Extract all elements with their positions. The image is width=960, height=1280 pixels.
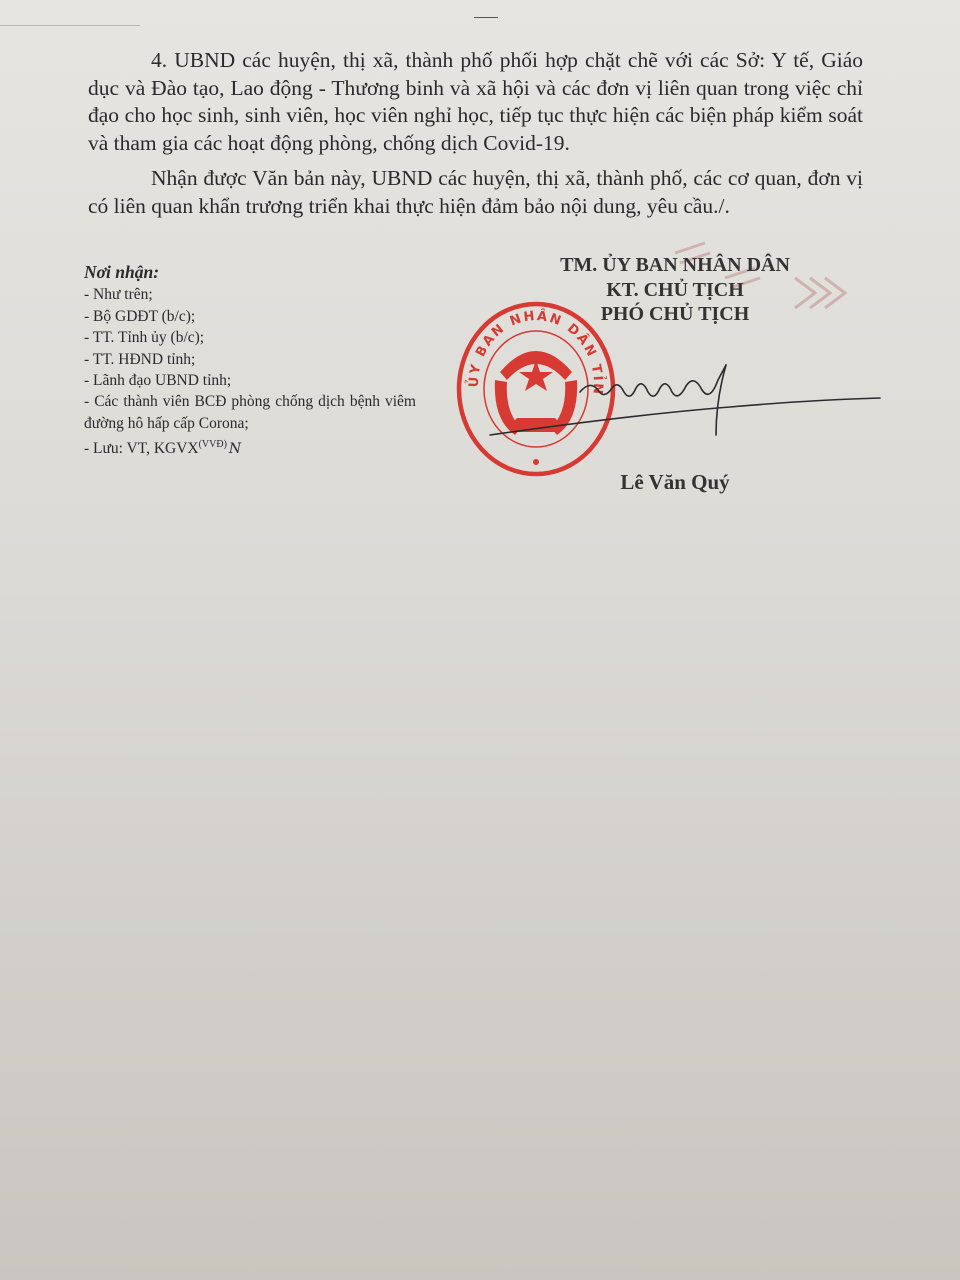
handwritten-signature bbox=[480, 360, 890, 450]
archive-code: (VVĐ) bbox=[199, 439, 227, 450]
recipient-item: - TT. Tỉnh ủy (b/c); bbox=[84, 327, 416, 348]
recipient-item: - Như trên; bbox=[84, 284, 416, 305]
recipients-list: Nơi nhận: - Như trên; - Bộ GDĐT (b/c); -… bbox=[84, 262, 416, 461]
paragraph-item-4: 4. UBND các huyện, thị xã, thành phố phố… bbox=[88, 47, 863, 157]
recipient-item-archive: - Lưu: VT, KGVX(VVĐ)N bbox=[84, 434, 416, 461]
recipient-item: - Lãnh đạo UBND tỉnh; bbox=[84, 370, 416, 391]
handwritten-initial: N bbox=[229, 441, 241, 457]
recipient-item: - Các thành viên BCĐ phòng chống dịch bệ… bbox=[84, 391, 416, 434]
recipient-item: - Bộ GDĐT (b/c); bbox=[84, 306, 416, 327]
signer-name: Lê Văn Quý bbox=[470, 470, 880, 495]
signature-line-2: KT. CHỦ TỊCH bbox=[470, 278, 880, 303]
recipients-title: Nơi nhận: bbox=[84, 262, 416, 283]
page-top-rule bbox=[474, 17, 498, 18]
signature-line-1: TM. ỦY BAN NHÂN DÂN bbox=[470, 253, 880, 278]
scan-artifact-line bbox=[0, 25, 140, 26]
archive-label: - Lưu: VT, KGVX bbox=[84, 440, 199, 457]
paragraph-closing: Nhận được Văn bản này, UBND các huyện, t… bbox=[88, 165, 863, 220]
recipient-item: - TT. HĐND tỉnh; bbox=[84, 349, 416, 370]
